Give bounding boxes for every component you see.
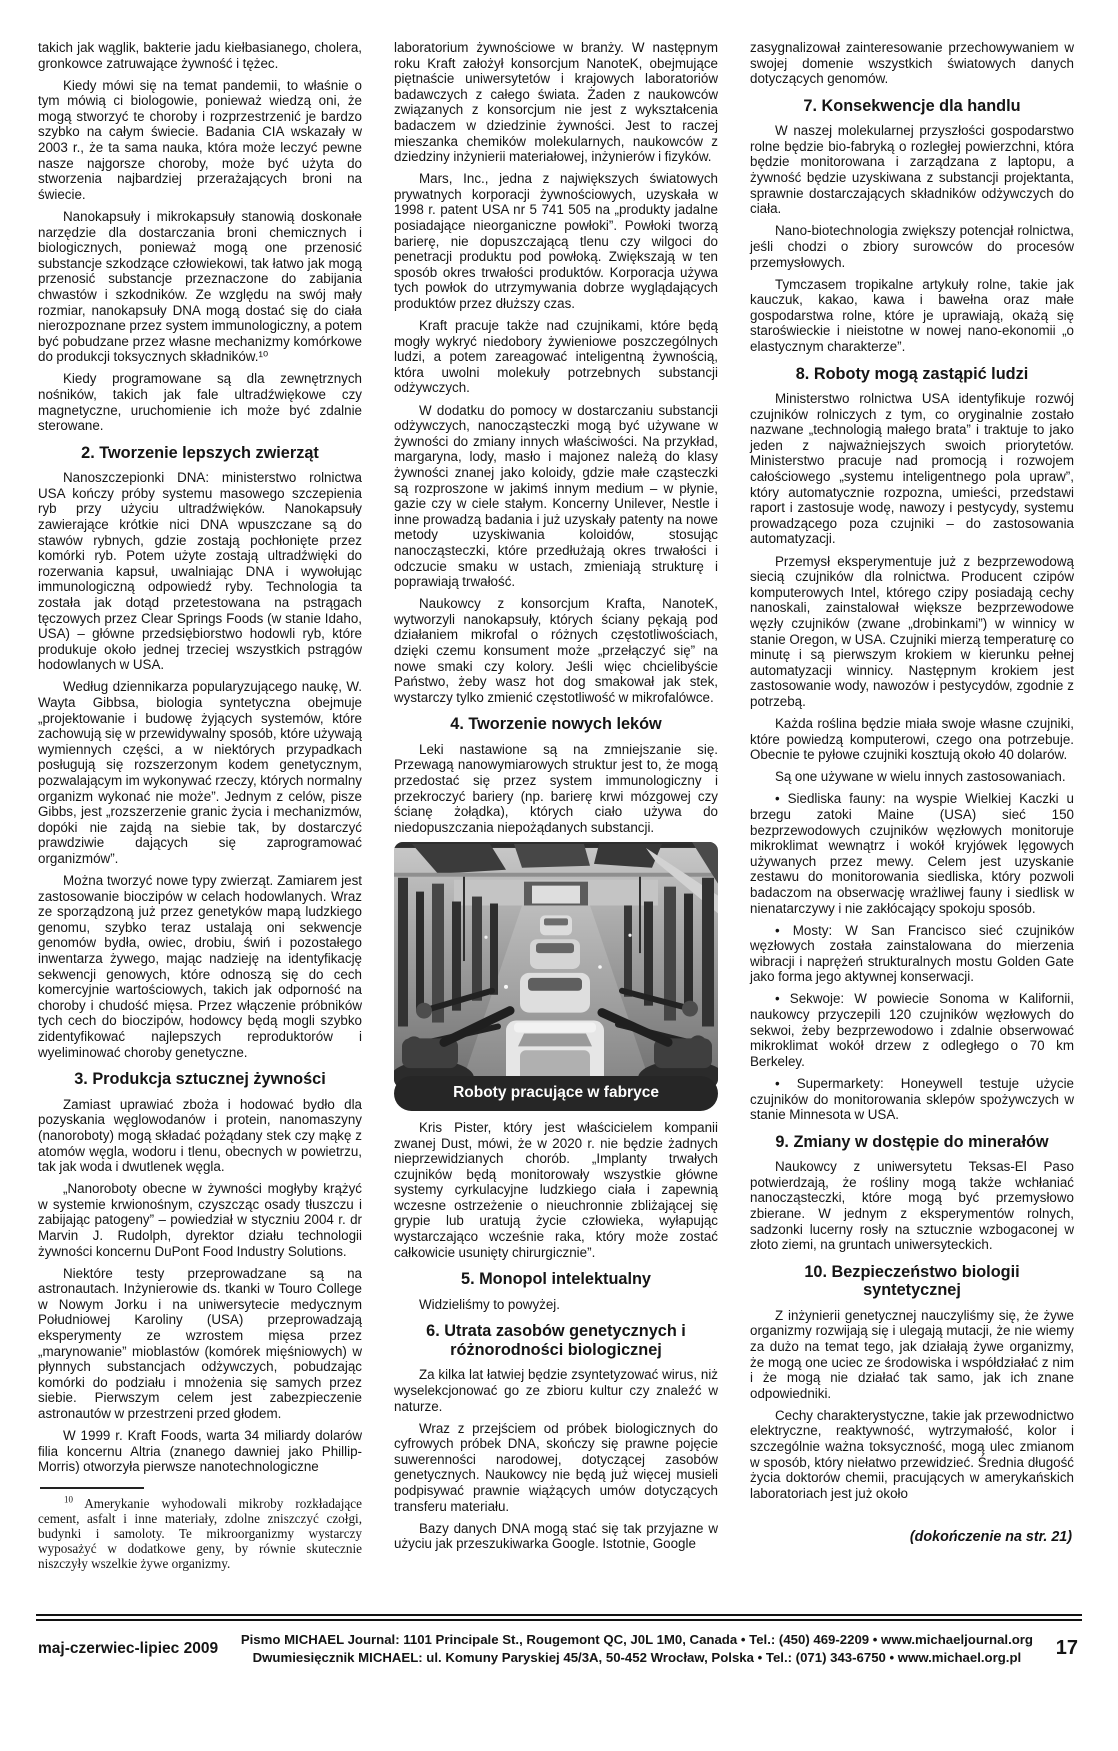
paragraph: Bazy danych DNA mogą stać się tak przyja… xyxy=(394,1521,718,1552)
paragraph: zasygnalizował zainteresowanie przechowy… xyxy=(750,40,1074,87)
paragraph: Kiedy mówi się na temat pandemii, to wła… xyxy=(38,78,362,203)
continuation-note: (dokończenie na str. 21) xyxy=(750,1529,1072,1545)
paragraph: Widzieliśmy to powyżej. xyxy=(394,1297,718,1313)
paragraph: laboratorium żywnościowe w branży. W nas… xyxy=(394,40,718,165)
footnote: 10 Amerykanie wyhodowali mikroby rozkład… xyxy=(38,1487,362,1571)
bullet-item: • Mosty: W San Francisco sieć czujników … xyxy=(750,923,1074,985)
section-heading: 6. Utrata zasobów genetycznych i różnoro… xyxy=(398,1322,714,1359)
factory-robots-photo-illustration xyxy=(394,842,718,1088)
paragraph: takich jak wąglik, bakterie jadu kiełbas… xyxy=(38,40,362,71)
photo-caption-pill: Roboty pracujące w fabryce xyxy=(394,1076,718,1111)
paragraph: Naukowcy z uniwersytetu Teksas-El Paso p… xyxy=(750,1159,1074,1253)
paragraph: Zamiast uprawiać zboża i hodować bydło d… xyxy=(38,1097,362,1175)
paragraph: Według dziennikarza popularyzującego nau… xyxy=(38,679,362,866)
bullet-item: • Sekwoje: W powiecie Sonoma w Kaliforni… xyxy=(750,991,1074,1069)
paragraph: Tymczasem tropikalne artykuły rolne, tak… xyxy=(750,277,1074,355)
section-heading: 4. Tworzenie nowych leków xyxy=(398,715,714,734)
publisher-info: Pismo MICHAEL Journal: 1101 Principale S… xyxy=(234,1631,1040,1666)
publisher-line-2: Dwumiesięcznik MICHAEL: ul. Komuny Parys… xyxy=(234,1649,1040,1667)
bullet-item: • Supermarkety: Honeywell testuje użycie… xyxy=(750,1076,1074,1123)
page-footer: maj-czerwiec-lipiec 2009 Pismo MICHAEL J… xyxy=(0,1614,1118,1666)
paragraph: Mars, Inc., jedna z największych światow… xyxy=(394,171,718,311)
paragraph: Za kilka lat łatwiej będzie zsyntetyzowa… xyxy=(394,1367,718,1414)
section-heading: 8. Roboty mogą zastąpić ludzi xyxy=(754,365,1070,384)
bullet-item: • Siedliska fauny: na wyspie Wielkiej Ka… xyxy=(750,791,1074,916)
footer-double-rule xyxy=(36,1614,1082,1621)
paragraph: Z inżynierii genetycznej nauczyliśmy się… xyxy=(750,1308,1074,1402)
paragraph: Ministerstwo rolnictwa USA identyfikuje … xyxy=(750,391,1074,547)
paragraph: Kraft pracuje także nad czujnikami, któr… xyxy=(394,318,718,396)
issue-date: maj-czerwiec-lipiec 2009 xyxy=(38,1640,218,1658)
paragraph: W dodatku do pomocy w dostarczaniu subst… xyxy=(394,403,718,590)
column-right: zasygnalizował zainteresowanie przechowy… xyxy=(750,40,1074,1571)
section-heading: 7. Konsekwencje dla handlu xyxy=(754,97,1070,116)
paragraph: Przemysł eksperymentuje już z bezprzewod… xyxy=(750,554,1074,710)
article-columns: takich jak wąglik, bakterie jadu kiełbas… xyxy=(38,40,1074,1571)
paragraph: W naszej molekularnej przyszłości gospod… xyxy=(750,123,1074,217)
section-heading: 2. Tworzenie lepszych zwierząt xyxy=(42,444,358,463)
section-heading: 3. Produkcja sztucznej żywności xyxy=(42,1070,358,1089)
footnote-marker: 10 xyxy=(64,1494,73,1504)
paragraph: Cechy charakterystyczne, takie jak przew… xyxy=(750,1408,1074,1502)
section-heading: 9. Zmiany w dostępie do minerałów xyxy=(754,1133,1070,1152)
footnote-body: Amerykanie wyhodowali mikroby rozkładają… xyxy=(38,1496,362,1571)
paragraph: Każda roślina będzie miała swoje własne … xyxy=(750,716,1074,763)
column-left: takich jak wąglik, bakterie jadu kiełbas… xyxy=(38,40,362,1571)
paragraph: Nano-biotechnologia zwiększy potencjał r… xyxy=(750,223,1074,270)
footnote-divider xyxy=(40,1487,144,1489)
paragraph: Nanoszczepionki DNA: ministerstwo rolnic… xyxy=(38,470,362,673)
factory-photo-figure: Roboty pracujące w fabryce xyxy=(394,842,718,1111)
paragraph: Wraz z przejściem od próbek biologicznyc… xyxy=(394,1421,718,1515)
paragraph: Nanokapsuły i mikrokapsuły stanowią dosk… xyxy=(38,209,362,365)
paragraph: Leki nastawione są na zmniejszanie się. … xyxy=(394,742,718,836)
footer-row: maj-czerwiec-lipiec 2009 Pismo MICHAEL J… xyxy=(0,1621,1118,1666)
footnote-text: 10 Amerykanie wyhodowali mikroby rozkład… xyxy=(38,1496,362,1571)
section-heading: 10. Bezpieczeństwo biologii syntetycznej xyxy=(754,1263,1070,1300)
factory-photo xyxy=(394,842,718,1088)
paragraph: Kris Pister, który jest właścicielem kom… xyxy=(394,1120,718,1260)
paragraph: Są one używane w wielu innych zastosowan… xyxy=(750,769,1074,785)
paragraph: Naukowcy z konsorcjum Krafta, NanoteK, w… xyxy=(394,596,718,705)
section-heading: 5. Monopol intelektualny xyxy=(398,1270,714,1289)
paragraph: Można tworzyć nowe typy zwierząt. Zamiar… xyxy=(38,873,362,1060)
paragraph: Niektóre testy przeprowadzane są na astr… xyxy=(38,1266,362,1422)
publisher-line-1: Pismo MICHAEL Journal: 1101 Principale S… xyxy=(234,1631,1040,1649)
magazine-page: { "colors": { "caption_pill_bg": "#26262… xyxy=(0,0,1118,1751)
page-number: 17 xyxy=(1056,1637,1086,1660)
column-middle: laboratorium żywnościowe w branży. W nas… xyxy=(394,40,718,1571)
paragraph: W 1999 r. Kraft Foods, warta 34 miliardy… xyxy=(38,1428,362,1475)
paragraph: „Nanoroboty obecne w żywności mogłyby kr… xyxy=(38,1181,362,1259)
paragraph: Kiedy programowane są dla zewnętrznych n… xyxy=(38,371,362,433)
